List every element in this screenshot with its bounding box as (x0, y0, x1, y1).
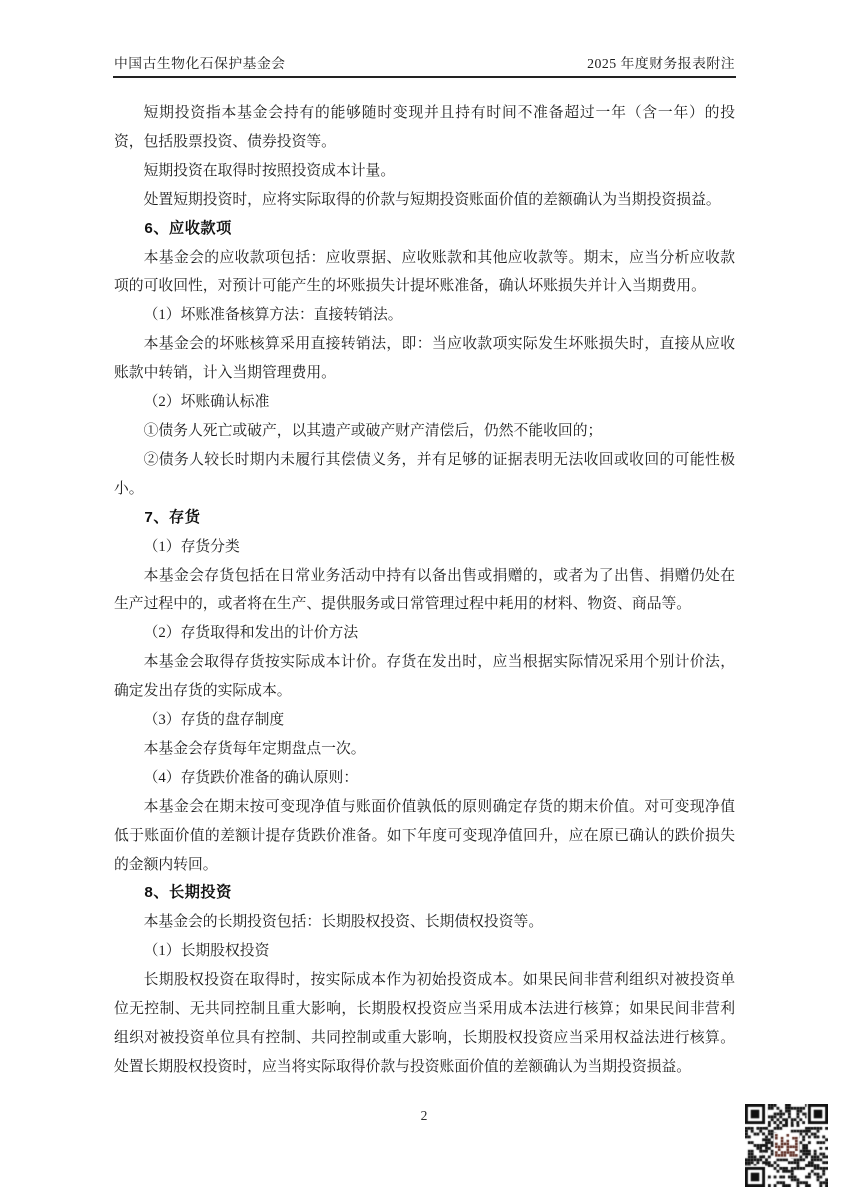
paragraph: ②债务人较长时期内未履行其偿债义务，并有足够的证据表明无法收回或收回的可能性极小… (114, 446, 735, 504)
paragraph: 本基金会在期末按可变现净值与账面价值孰低的原则确定存货的期末价值。对可变现净值低… (114, 793, 735, 880)
qr-code (745, 1104, 828, 1187)
paragraph: 本基金会取得存货按实际成本计价。存货在发出时，应当根据实际情况采用个别计价法，确… (114, 648, 735, 706)
paragraph: 本基金会的长期投资包括：长期股权投资、长期债权投资等。 (114, 908, 735, 937)
paragraph: （2）坏账确认标准 (114, 388, 735, 417)
paragraph: （3）存货的盘存制度 (114, 706, 735, 735)
paragraph: 长期股权投资在取得时，按实际成本作为初始投资成本。如果民间非营利组织对被投资单位… (114, 966, 735, 1082)
paragraph: （4）存货跌价准备的确认原则： (114, 764, 735, 793)
paragraph: 本基金会的应收款项包括：应收票据、应收账款和其他应收款等。期末，应当分析应收款项… (114, 244, 735, 302)
paragraph: 本基金会的坏账核算采用直接转销法，即：当应收款项实际发生坏账损失时，直接从应收账… (114, 330, 735, 388)
paragraph: 本基金会存货包括在日常业务活动中持有以备出售或捐赠的，或者为了出售、捐赠仍处在生… (114, 562, 735, 620)
paragraph: （1）长期股权投资 (114, 937, 735, 966)
document-content: 短期投资指本基金会持有的能够随时变现并且持有时间不准备超过一年（含一年）的投资，… (114, 99, 735, 1082)
paragraph: 处置短期投资时，应将实际取得的价款与短期投资账面价值的差额确认为当期投资损益。 (114, 186, 735, 215)
header-doc-title: 2025 年度财务报表附注 (587, 52, 735, 72)
section-heading: 6、应收款项 (114, 215, 735, 244)
page-number: 2 (421, 1108, 428, 1123)
paragraph: 短期投资在取得时按照投资成本计量。 (114, 157, 735, 186)
header-rule (113, 76, 736, 78)
section-heading: 7、存货 (114, 504, 735, 533)
paragraph: ①债务人死亡或破产，以其遗产或破产财产清偿后，仍然不能收回的； (114, 417, 735, 446)
header-org-name: 中国古生物化石保护基金会 (114, 52, 286, 72)
paragraph: 本基金会存货每年定期盘点一次。 (114, 735, 735, 764)
paragraph: （2）存货取得和发出的计价方法 (114, 619, 735, 648)
page-header: 中国古生物化石保护基金会 2025 年度财务报表附注 (114, 52, 735, 72)
paragraph: 短期投资指本基金会持有的能够随时变现并且持有时间不准备超过一年（含一年）的投资，… (114, 99, 735, 157)
page-footer: 2 (0, 1108, 848, 1124)
paragraph: （1）坏账准备核算方法：直接转销法。 (114, 301, 735, 330)
paragraph: （1）存货分类 (114, 533, 735, 562)
section-heading: 8、长期投资 (114, 879, 735, 908)
